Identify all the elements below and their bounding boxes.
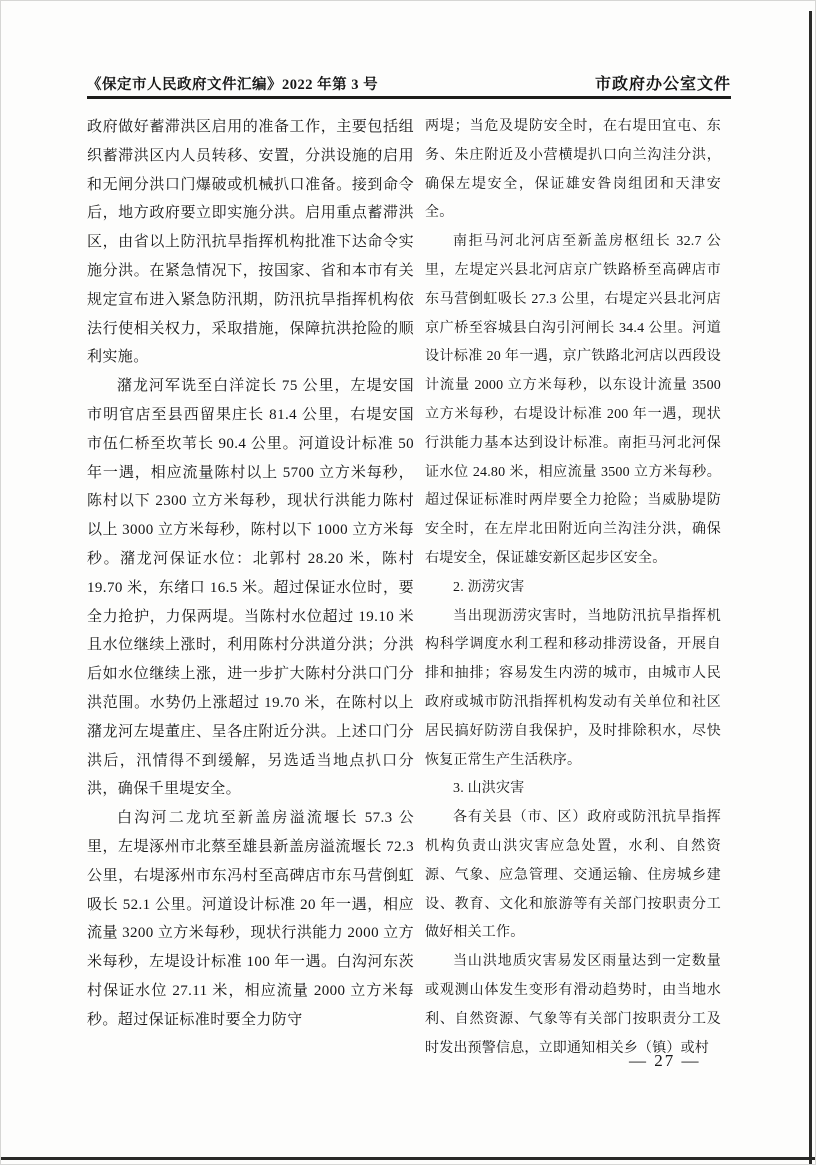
paragraph: 当出现沥涝灾害时，当地防汛抗旱指挥机构科学调度水利工程和移动排涝设备，开展自排和… <box>425 603 721 776</box>
paragraph: 当山洪地质灾害易发区雨量达到一定数量或观测山体发生变形有滑动趋势时，由当地水利、… <box>425 948 721 1063</box>
header-publication-title: 《保定市人民政府文件汇编》2022 年第 3 号 <box>87 73 378 94</box>
paragraph: 南拒马河北河店至新盖房枢纽长 32.7 公里，左堤定兴县北河店京广铁路桥至高碑店… <box>425 228 721 574</box>
paragraph: 白沟河二龙坑至新盖房溢流堰长 57.3 公里，左堤涿州市北蔡至雄县新盖房溢流堰长… <box>87 804 414 1034</box>
paragraph: 政府做好蓄滞洪区启用的准备工作，主要包括组织蓄滞洪区内人员转移、安置，分洪设施的… <box>87 113 414 372</box>
right-column: 两堤；当危及堤防安全时，在右堤田宜屯、东务、朱庄附近及小营横堤扒口向兰沟洼分洪，… <box>425 113 721 1063</box>
header-section-title: 市政府办公室文件 <box>595 71 731 94</box>
text-columns: 政府做好蓄滞洪区启用的准备工作，主要包括组织蓄滞洪区内人员转移、安置，分洪设施的… <box>87 113 721 1063</box>
left-column: 政府做好蓄滞洪区启用的准备工作，主要包括组织蓄滞洪区内人员转移、安置，分洪设施的… <box>87 113 414 1063</box>
page-header: 《保定市人民政府文件汇编》2022 年第 3 号 市政府办公室文件 <box>87 71 731 94</box>
subsection-heading: 3. 山洪灾害 <box>425 775 721 804</box>
scan-edge-right <box>809 11 812 1164</box>
page-footer: — 27 — <box>629 1051 701 1071</box>
subsection-heading: 2. 沥涝灾害 <box>425 574 721 603</box>
paragraph: 潴龙河军诜至白洋淀长 75 公里，左堤安国市明官店至县西留果庄长 81.4 公里… <box>87 372 414 804</box>
scan-edge-bottom <box>1 1157 815 1160</box>
document-page: 《保定市人民政府文件汇编》2022 年第 3 号 市政府办公室文件 政府做好蓄滞… <box>0 0 816 1165</box>
page-number: — 27 — <box>629 1051 701 1070</box>
paragraph: 各有关县（市、区）政府或防汛抗旱指挥机构负责山洪灾害应急处置，水利、自然资源、气… <box>425 804 721 948</box>
paragraph: 两堤；当危及堤防安全时，在右堤田宜屯、东务、朱庄附近及小营横堤扒口向兰沟洼分洪，… <box>425 113 721 228</box>
header-rule <box>87 96 731 99</box>
